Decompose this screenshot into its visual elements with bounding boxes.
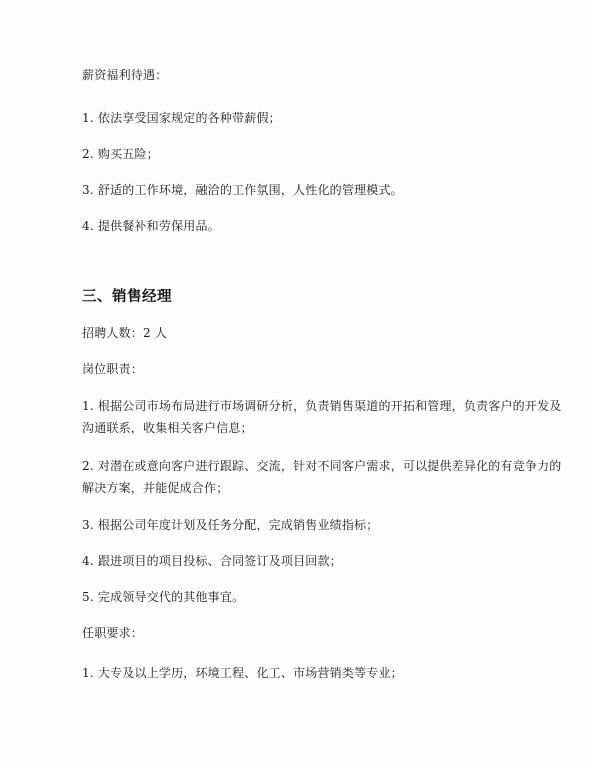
requirement-item: 1. 大专及以上学历，环境工程、化工、市场营销类等专业； bbox=[82, 665, 403, 681]
document-page: 薪资福利待遇： 1. 依法享受国家规定的各种带薪假； 2. 购买五险； 3. 舒… bbox=[0, 0, 593, 768]
benefit-item: 1. 依法享受国家规定的各种带薪假； bbox=[82, 110, 281, 126]
benefit-item: 2. 购买五险； bbox=[82, 146, 159, 162]
headcount-text: 招聘人数：2 人 bbox=[82, 325, 167, 341]
duty-item-line: 4. 跟进项目的项目投标、合同签订及项目回款； bbox=[82, 553, 342, 569]
benefit-item: 3. 舒适的工作环境，融洽的工作氛围，人性化的管理模式。 bbox=[82, 182, 403, 198]
duty-item-continuation: 解决方案，并能促成合作； bbox=[82, 480, 228, 496]
section-heading: 三、销售经理 bbox=[82, 288, 172, 306]
duty-item-line: 5. 完成领导交代的其他事宜。 bbox=[82, 589, 244, 605]
requirements-title: 任职要求： bbox=[82, 625, 143, 641]
duty-item-line: 3. 根据公司年度计划及任务分配，完成销售业绩指标； bbox=[82, 517, 378, 533]
benefit-item: 4. 提供餐补和劳保用品。 bbox=[82, 218, 220, 234]
duties-title: 岗位职责： bbox=[82, 361, 143, 377]
duty-item-line: 1. 根据公司市场布局进行市场调研分析，负责销售渠道的开拓和管理，负责客户的开发… bbox=[82, 398, 561, 414]
benefits-title: 薪资福利待遇： bbox=[82, 67, 167, 83]
duty-item-line: 2. 对潜在或意向客户进行跟踪、交流，针对不同客户需求，可以提供差异化的有竞争力… bbox=[82, 458, 561, 474]
duty-item-continuation: 沟通联系，收集相关客户信息； bbox=[82, 420, 253, 436]
